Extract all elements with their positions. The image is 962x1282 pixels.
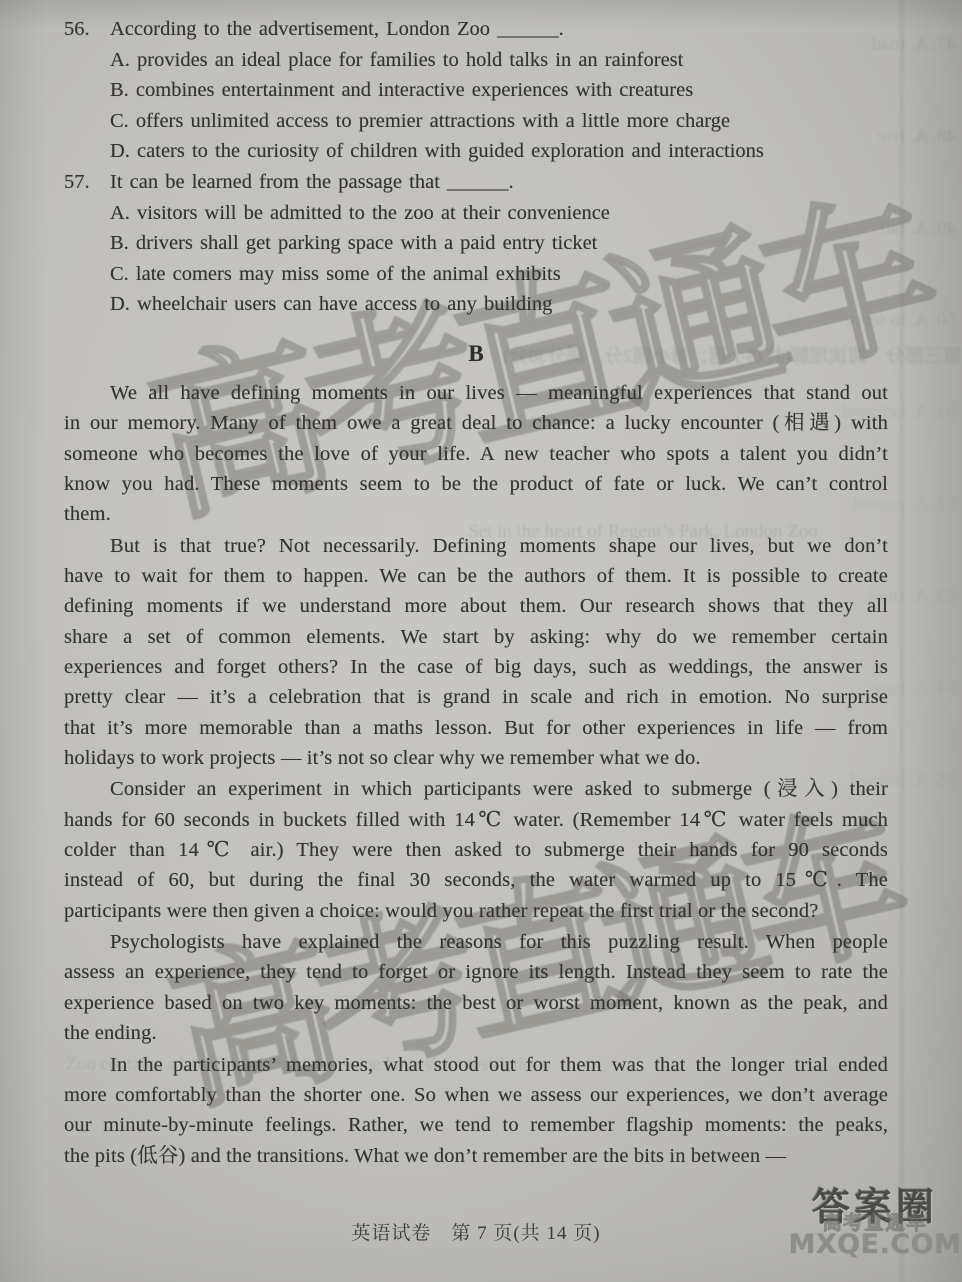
question-row: 56.According to the advertisement, Londo… bbox=[64, 14, 888, 45]
passage-line: experiences and forget others? In the ca… bbox=[64, 652, 888, 682]
passage-paragraph: Psychologists have explained the reasons… bbox=[64, 927, 888, 1048]
question-option: C. late comers may miss some of the anim… bbox=[64, 259, 888, 290]
passage-line: know you had. These moments seem to be t… bbox=[64, 469, 888, 499]
passage-line: pretty clear — it’s a celebration that i… bbox=[64, 682, 888, 712]
logo-site-url: MXQE.COM bbox=[786, 1231, 962, 1258]
questions-block: 56.According to the advertisement, Londo… bbox=[64, 14, 888, 320]
passage-line: defining moments if we understand more a… bbox=[64, 591, 888, 621]
passage-line: But is that true? Not necessarily. Defin… bbox=[64, 531, 888, 561]
question-option: A. provides an ideal place for families … bbox=[64, 45, 888, 76]
passage-line: that it’s more memorable than a maths le… bbox=[64, 713, 888, 743]
passage-paragraph: We all have defining moments in our live… bbox=[64, 378, 888, 530]
passage-line: holidays to work projects — it’s not so … bbox=[64, 743, 888, 773]
question-stem: It can be learned from the passage that … bbox=[110, 167, 514, 198]
page-footer: 英语试卷 第 7 页(共 14 页) bbox=[64, 1218, 888, 1245]
passage-line: In the participants’ memories, what stoo… bbox=[64, 1050, 888, 1080]
question-number: 57. bbox=[64, 167, 110, 198]
passage-line: We all have defining moments in our live… bbox=[64, 378, 888, 408]
passage-line: someone who becomes the love of your lif… bbox=[64, 439, 888, 469]
question-stem: According to the advertisement, London Z… bbox=[110, 14, 564, 45]
passage-line: experience based on two key moments: the… bbox=[64, 988, 888, 1018]
question-option: C. offers unlimited access to premier at… bbox=[64, 106, 888, 137]
passage-line: more comfortably than the shorter one. S… bbox=[64, 1080, 888, 1110]
passage-line: Psychologists have explained the reasons… bbox=[64, 927, 888, 957]
passage-line: our minute-by-minute feelings. Rather, w… bbox=[64, 1110, 888, 1140]
passage-line: participants were then given a choice: w… bbox=[64, 896, 888, 926]
answer-site-logo: 答案圈 高考直通车 MXQE.COM bbox=[786, 1188, 962, 1258]
passage-line: hands for 60 seconds in buckets filled w… bbox=[64, 805, 888, 835]
question-option: D. wheelchair users can have access to a… bbox=[64, 289, 888, 320]
passage-line: assess an experience, they tend to forge… bbox=[64, 957, 888, 987]
exam-content: 56.According to the advertisement, Londo… bbox=[64, 0, 888, 1172]
question-row: 57.It can be learned from the passage th… bbox=[64, 167, 888, 198]
passage-line: instead of 60, but during the final 30 s… bbox=[64, 865, 888, 895]
passage-line: colder than 14℃ air.) They were then ask… bbox=[64, 835, 888, 865]
passage-section-label: B bbox=[64, 341, 888, 367]
passage-paragraph: Consider an experiment in which particip… bbox=[64, 774, 888, 926]
passage-line: them. bbox=[64, 499, 888, 529]
passage-line: the ending. bbox=[64, 1018, 888, 1048]
question-option: A. visitors will be admitted to the zoo … bbox=[64, 198, 888, 229]
passage: We all have defining moments in our live… bbox=[64, 378, 888, 1171]
passage-line: the pits (低谷) and the transitions. What … bbox=[64, 1141, 888, 1171]
question-option: B. combines entertainment and interactiv… bbox=[64, 75, 888, 106]
scanned-exam-page: 高考直通车 高考直通车 第三部分 阅读理解(共15小题；每小题2分，满分30分)… bbox=[0, 0, 962, 1282]
question-number: 56. bbox=[64, 14, 110, 45]
passage-line: have to wait for them to happen. We can … bbox=[64, 561, 888, 591]
passage-paragraph: But is that true? Not necessarily. Defin… bbox=[64, 531, 888, 774]
passage-line: Consider an experiment in which particip… bbox=[64, 774, 888, 804]
passage-line: in our memory. Many of them owe a great … bbox=[64, 408, 888, 438]
passage-line: share a set of common elements. We start… bbox=[64, 622, 888, 652]
question-option: D. caters to the curiosity of children w… bbox=[64, 136, 888, 167]
question-option: B. drivers shall get parking space with … bbox=[64, 228, 888, 259]
passage-paragraph: In the participants’ memories, what stoo… bbox=[64, 1050, 888, 1171]
